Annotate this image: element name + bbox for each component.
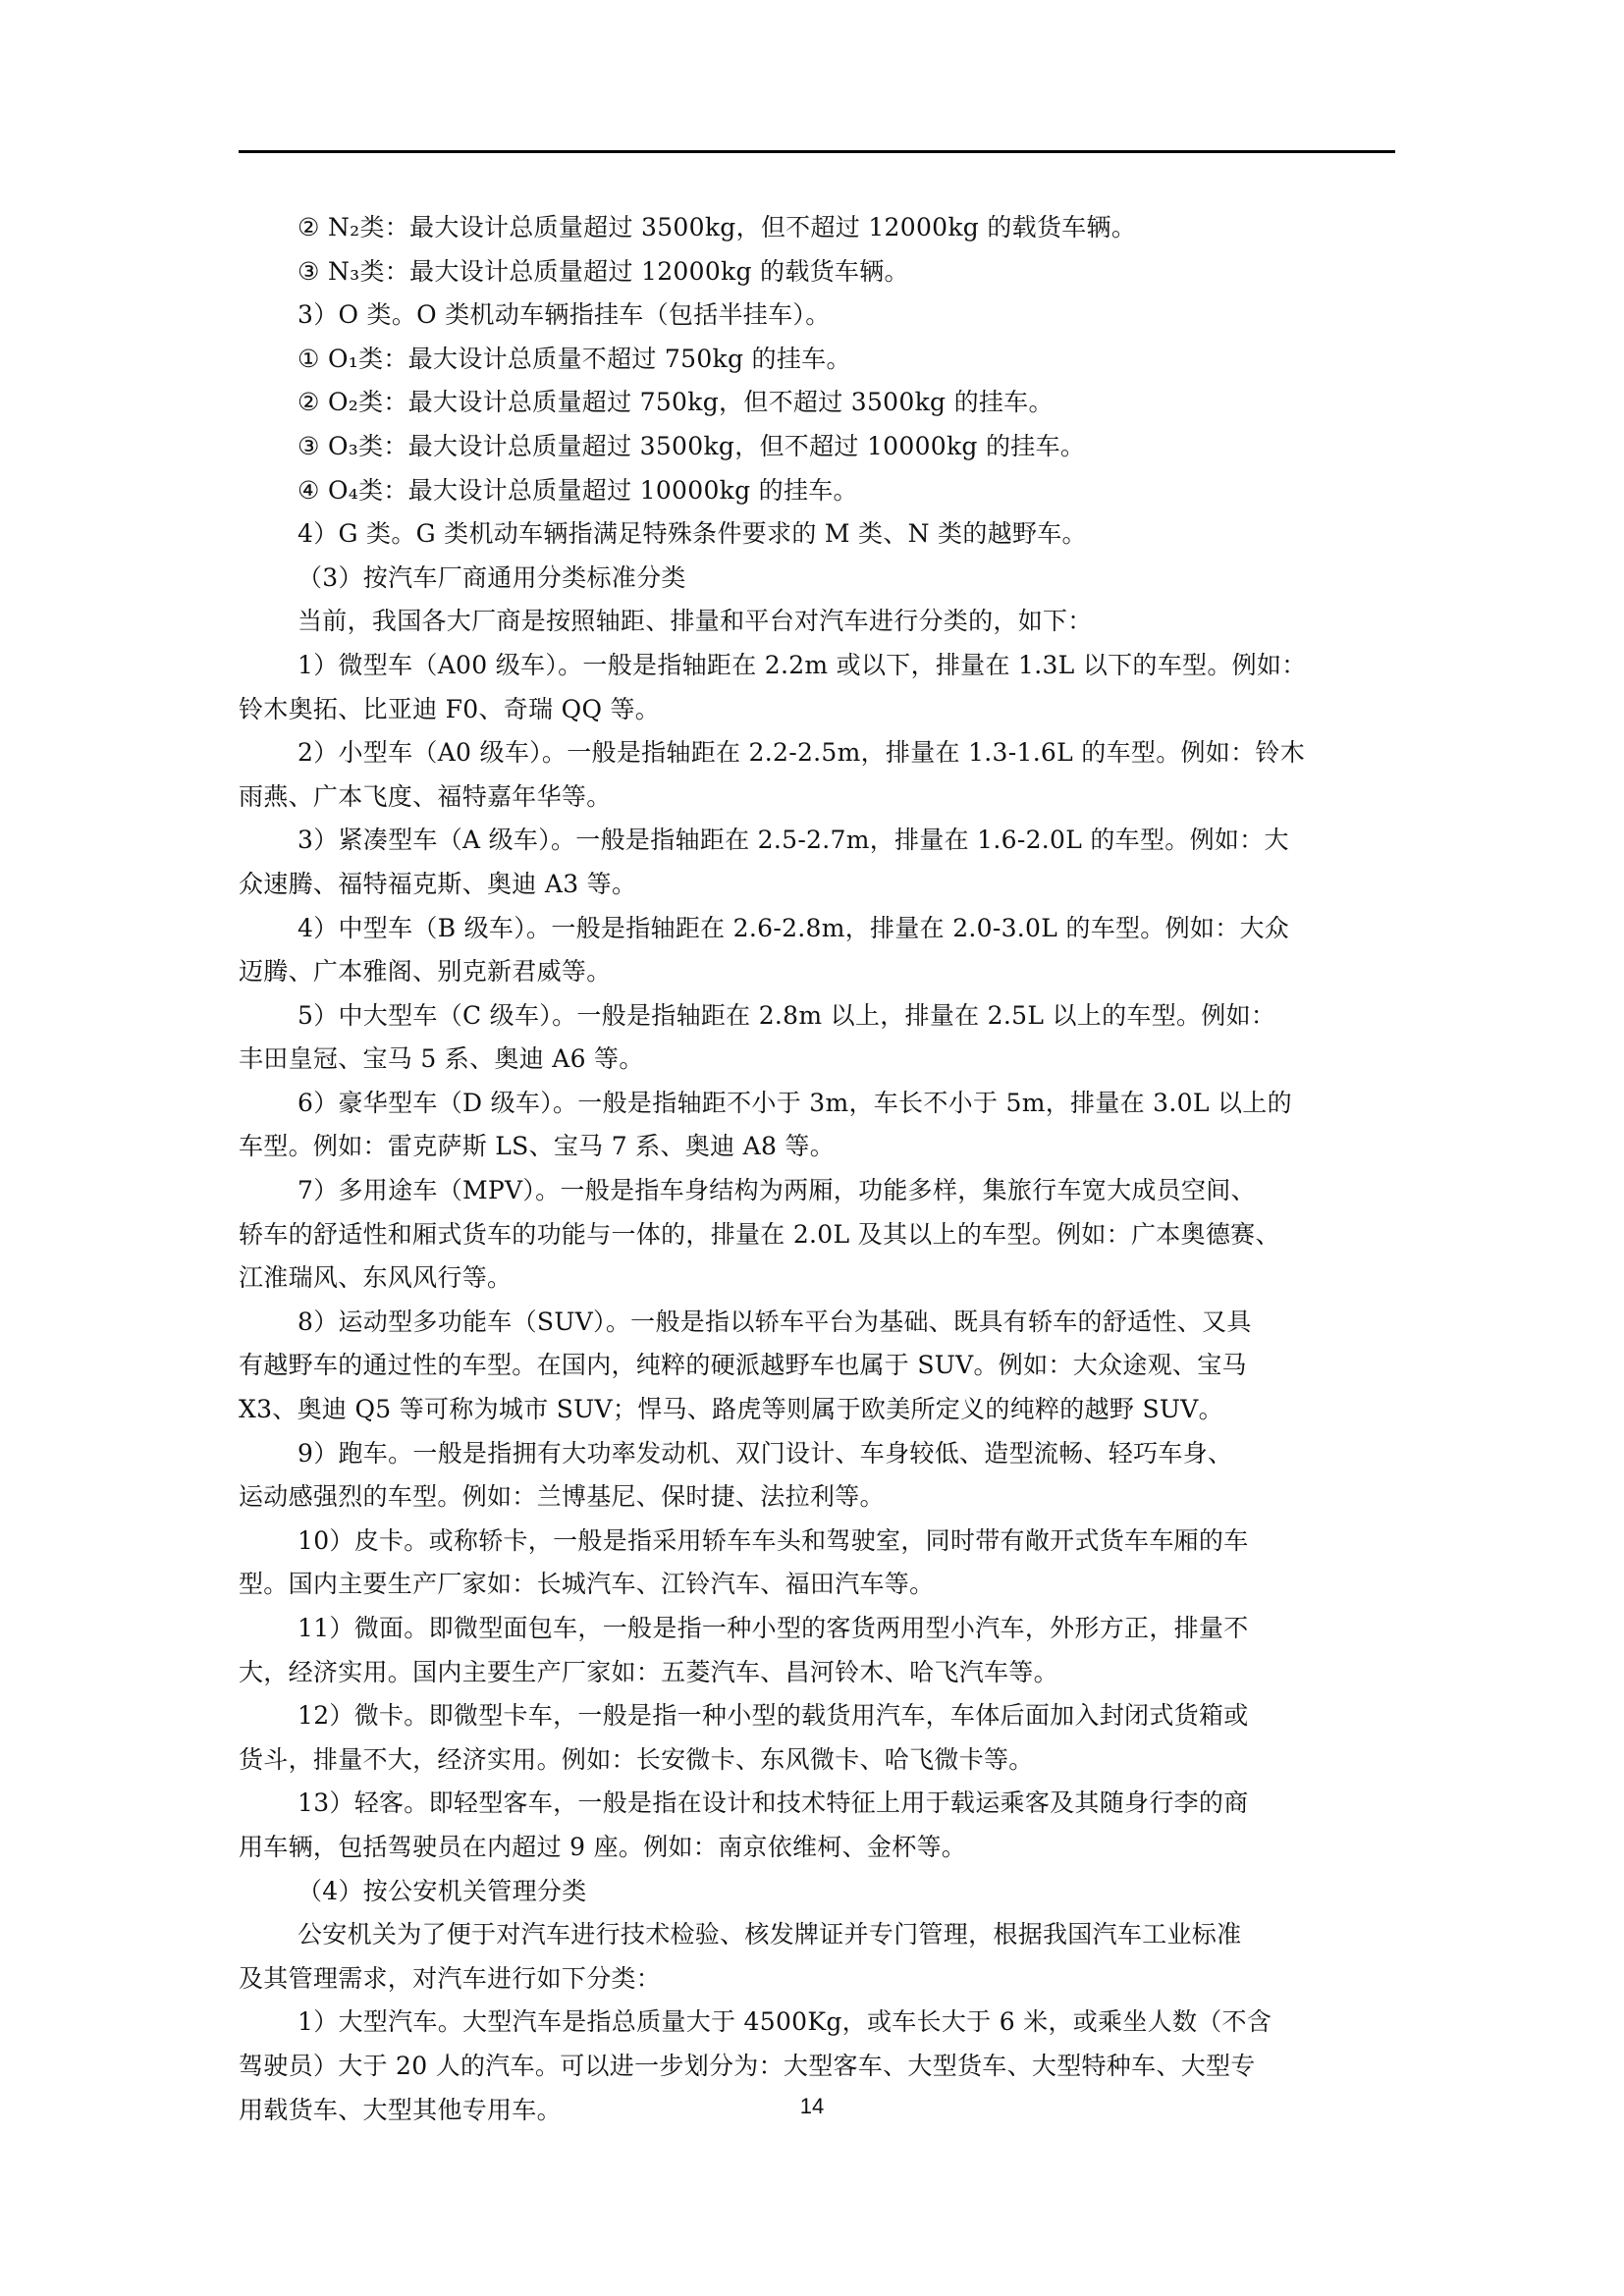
text-line: ② O₂类：最大设计总质量超过 750kg，但不超过 3500kg 的挂车。 (239, 381, 1395, 425)
page-number: 14 (0, 2094, 1624, 2119)
text-line: 货斗，排量不大，经济实用。例如：长安微卡、东风微卡、哈飞微卡等。 (239, 1738, 1395, 1783)
text-line: 车型。例如：雷克萨斯 LS、宝马 7 系、奥迪 A8 等。 (239, 1125, 1395, 1169)
text-line: 众速腾、福特福克斯、奥迪 A3 等。 (239, 863, 1395, 907)
text-line: 9）跑车。一般是指拥有大功率发动机、双门设计、车身较低、造型流畅、轻巧车身、 (239, 1432, 1395, 1476)
text-line: 轿车的舒适性和厢式货车的功能与一体的，排量在 2.0L 及其以上的车型。例如：广… (239, 1213, 1395, 1257)
text-line: 13）轻客。即轻型客车，一般是指在设计和技术特征上用于载运乘客及其随身行李的商 (239, 1782, 1395, 1826)
text-line: 1）大型汽车。大型汽车是指总质量大于 4500Kg，或车长大于 6 米，或乘坐人… (239, 2001, 1395, 2045)
section-heading: （4）按公安机关管理分类 (239, 1870, 1395, 1914)
text-line: 用车辆，包括驾驶员在内超过 9 座。例如：南京依维柯、金杯等。 (239, 1826, 1395, 1870)
text-line: 大，经济实用。国内主要生产厂家如：五菱汽车、昌河铃木、哈飞汽车等。 (239, 1651, 1395, 1695)
text-line: 雨燕、广本飞度、福特嘉年华等。 (239, 775, 1395, 820)
text-line: 10）皮卡。或称轿卡，一般是指采用轿车车头和驾驶室，同时带有敞开式货车车厢的车 (239, 1520, 1395, 1564)
text-line: 5）中大型车（C 级车）。一般是指轴距在 2.8m 以上，排量在 2.5L 以上… (239, 994, 1395, 1039)
page-body: ② N₂类：最大设计总质量超过 3500kg，但不超过 12000kg 的载货车… (239, 206, 1395, 2132)
text-line: 运动感强烈的车型。例如：兰博基尼、保时捷、法拉利等。 (239, 1475, 1395, 1520)
text-line: ① O₁类：最大设计总质量不超过 750kg 的挂车。 (239, 338, 1395, 382)
text-line: 3）O 类。O 类机动车辆指挂车（包括半挂车）。 (239, 294, 1395, 338)
header-rule (239, 150, 1395, 153)
text-line: 有越野车的通过性的车型。在国内，纯粹的硬派越野车也属于 SUV。例如：大众途观、… (239, 1344, 1395, 1388)
text-line: 2）小型车（A0 级车）。一般是指轴距在 2.2-2.5m，排量在 1.3-1.… (239, 731, 1395, 775)
text-line: 公安机关为了便于对汽车进行技术检验、核发牌证并专门管理，根据我国汽车工业标准 (239, 1913, 1395, 1957)
text-line: 迈腾、广本雅阁、别克新君威等。 (239, 950, 1395, 994)
text-line: 及其管理需求，对汽车进行如下分类： (239, 1957, 1395, 2002)
text-line: 驾驶员）大于 20 人的汽车。可以进一步划分为：大型客车、大型货车、大型特种车、… (239, 2045, 1395, 2089)
text-line: 8）运动型多功能车（SUV）。一般是指以轿车平台为基础、既具有轿车的舒适性、又具 (239, 1301, 1395, 1345)
text-line: 铃木奥拓、比亚迪 F0、奇瑞 QQ 等。 (239, 688, 1395, 732)
text-line: 12）微卡。即微型卡车，一般是指一种小型的载货用汽车，车体后面加入封闭式货箱或 (239, 1694, 1395, 1738)
text-line: 6）豪华型车（D 级车）。一般是指轴距不小于 3m，车长不小于 5m，排量在 3… (239, 1082, 1395, 1126)
text-line: ③ O₃类：最大设计总质量超过 3500kg，但不超过 10000kg 的挂车。 (239, 425, 1395, 469)
text-line: 丰田皇冠、宝马 5 系、奥迪 A6 等。 (239, 1038, 1395, 1082)
text-line: 当前，我国各大厂商是按照轴距、排量和平台对汽车进行分类的，如下： (239, 600, 1395, 644)
text-line: 7）多用途车（MPV）。一般是指车身结构为两厢，功能多样，集旅行车宽大成员空间、 (239, 1169, 1395, 1213)
text-line: X3、奥迪 Q5 等可称为城市 SUV；悍马、路虎等则属于欧美所定义的纯粹的越野… (239, 1388, 1395, 1432)
text-line: 4）G 类。G 类机动车辆指满足特殊条件要求的 M 类、N 类的越野车。 (239, 512, 1395, 557)
section-heading: （3）按汽车厂商通用分类标准分类 (239, 557, 1395, 601)
text-line: ② N₂类：最大设计总质量超过 3500kg，但不超过 12000kg 的载货车… (239, 206, 1395, 250)
text-line: ③ N₃类：最大设计总质量超过 12000kg 的载货车辆。 (239, 250, 1395, 294)
text-line: 江淮瑞风、东风风行等。 (239, 1256, 1395, 1301)
text-line: 3）紧凑型车（A 级车）。一般是指轴距在 2.5-2.7m，排量在 1.6-2.… (239, 819, 1395, 863)
text-line: 4）中型车（B 级车）。一般是指轴距在 2.6-2.8m，排量在 2.0-3.0… (239, 907, 1395, 951)
text-line: 1）微型车（A00 级车）。一般是指轴距在 2.2m 或以下，排量在 1.3L … (239, 644, 1395, 688)
text-line: 11）微面。即微型面包车，一般是指一种小型的客货两用型小汽车，外形方正，排量不 (239, 1607, 1395, 1651)
text-line: 型。国内主要生产厂家如：长城汽车、江铃汽车、福田汽车等。 (239, 1563, 1395, 1607)
text-line: ④ O₄类：最大设计总质量超过 10000kg 的挂车。 (239, 469, 1395, 513)
